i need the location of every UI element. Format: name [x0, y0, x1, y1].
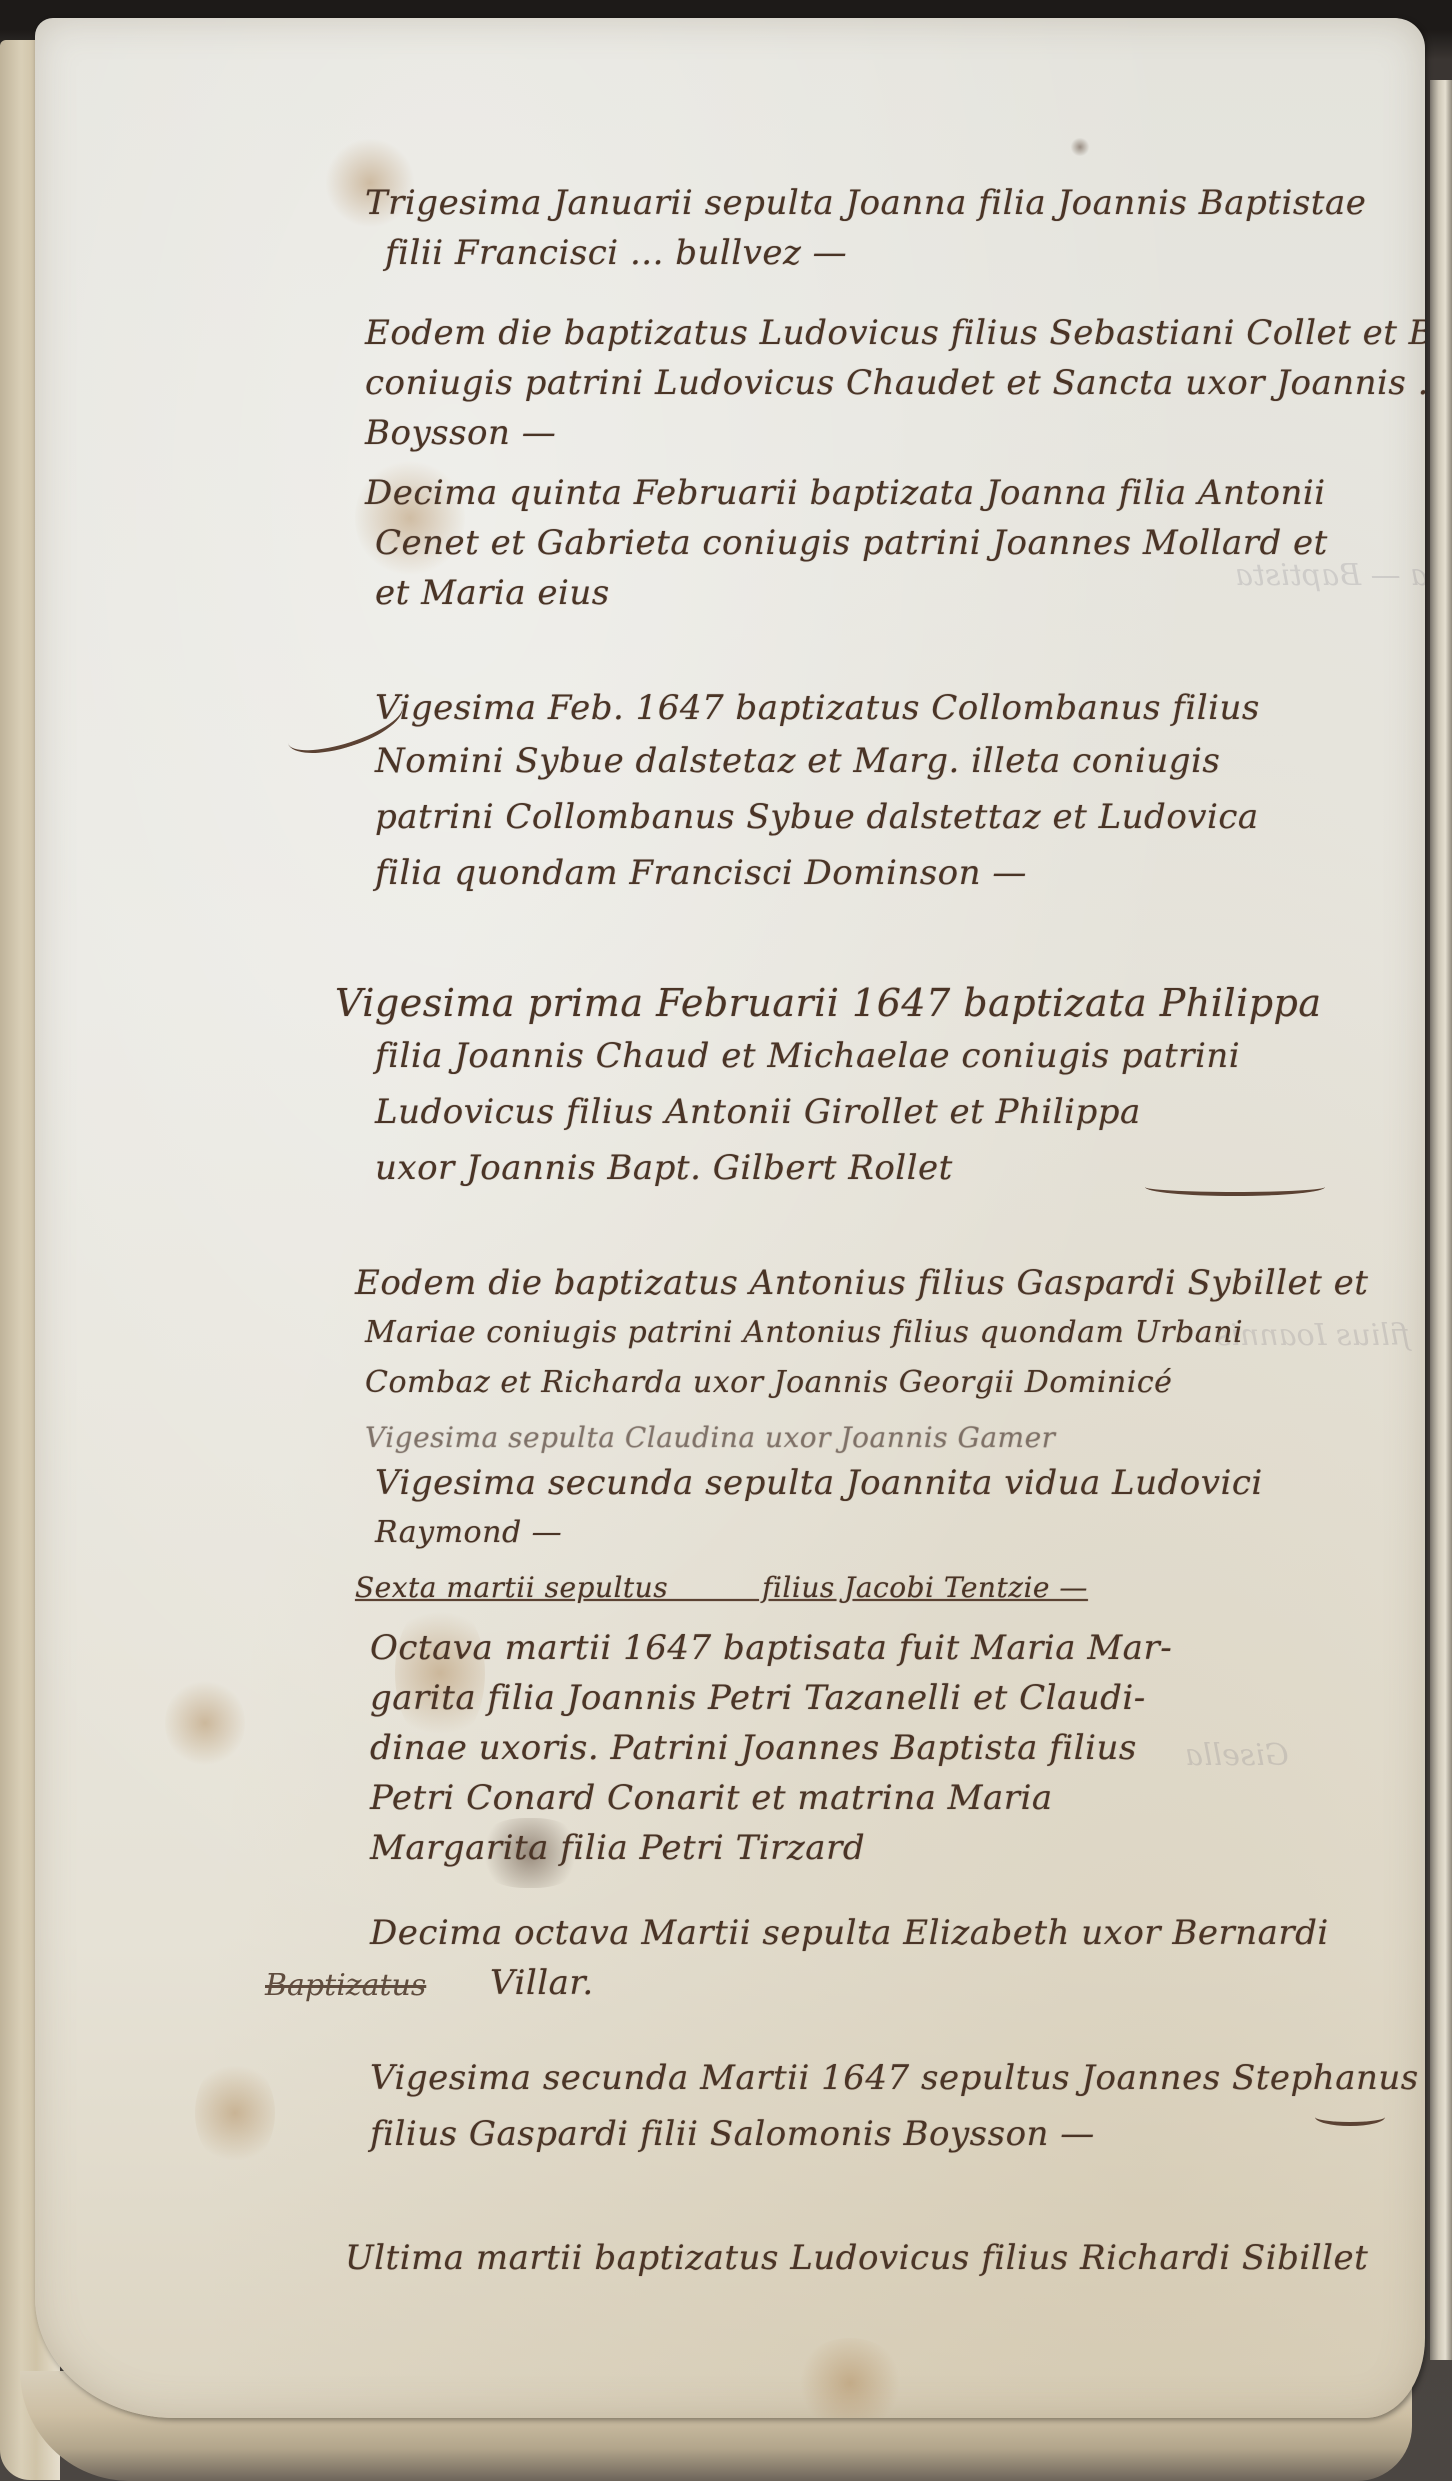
entry-line: Decima quinta Februarii baptizata Joanna…	[365, 468, 1425, 518]
struck-word-text: Baptizatus	[265, 1968, 426, 2003]
entry-line: Eodem die baptizatus Ludovicus filius Se…	[365, 308, 1425, 358]
entry-burial: Vigesima secunda sepulta Joannita vidua …	[375, 1458, 1425, 1558]
entry-line: filia quondam Francisci Dominson —	[375, 845, 1425, 901]
entry-line: Raymond —	[375, 1508, 1425, 1558]
entry-baptism: Ultima martii baptizatus Ludovicus filiu…	[345, 2233, 1405, 2283]
entry-line: dinae uxoris. Patrini Joannes Baptista f…	[370, 1723, 1425, 1773]
entry-burial: Sexta martii sepultus filius Jacobi Tent…	[355, 1563, 1415, 1613]
register-entries: Trigesima Januarii sepulta Joanna filia …	[35, 18, 1425, 2418]
entry-line: Vigesima prima Februarii 1647 baptizata …	[335, 978, 1395, 1028]
entry-line: Cenet et Gabrieta coniugis patrini Joann…	[365, 518, 1425, 568]
entry-line: Eodem die baptizatus Antonius filius Gas…	[355, 1258, 1415, 1308]
entry-line: filia Joannis Chaud et Michaelae coniugi…	[335, 1028, 1395, 1084]
entry-line: Ultima martii baptizatus Ludovicus filiu…	[345, 2233, 1405, 2283]
entry-line: Trigesima Januarii sepulta Joanna filia …	[365, 178, 1425, 228]
entry-line: Villar.	[370, 1958, 1425, 2008]
entry-line: Petri Conard Conarit et matrina Maria	[370, 1773, 1425, 1823]
entry-burial: Trigesima Januarii sepulta Joanna filia …	[365, 178, 1425, 278]
entry-line: Sexta martii sepultus filius Jacobi Tent…	[355, 1563, 1415, 1613]
struck-margin-word: Baptizatus	[265, 1968, 426, 2003]
entry-line: Nomini Sybue dalstetaz et Marg. illeta c…	[375, 733, 1425, 789]
entry-line: Boysson —	[365, 408, 1425, 458]
entry-line-faint: Vigesima sepulta Claudina uxor Joannis G…	[365, 1413, 1425, 1463]
manuscript-page: Maria — Baptista filius Ioannis Gisella …	[35, 18, 1425, 2418]
entry-burial: Vigesima secunda Martii 1647 sepultus Jo…	[370, 2053, 1425, 2165]
entry-baptism: Eodem die baptizatus Ludovicus filius Se…	[365, 308, 1425, 458]
entry-line: Combaz et Richarda uxor Joannis Georgii …	[355, 1358, 1415, 1408]
entry-baptism: Octava martii 1647 baptisata fuit Maria …	[370, 1623, 1425, 1873]
entry-baptism: Vigesima Feb. 1647 baptizatus Collombanu…	[375, 683, 1425, 901]
entry-line: Vigesima secunda sepulta Joannita vidua …	[375, 1458, 1425, 1508]
entry-line: Vigesima Feb. 1647 baptizatus Collombanu…	[375, 683, 1425, 733]
entry-baptism: Vigesima prima Februarii 1647 baptizata …	[335, 978, 1395, 1196]
entry-line: coniugis patrini Ludovicus Chaudet et Sa…	[365, 358, 1425, 408]
entry-burial: Decima octava Martii sepulta Elizabeth u…	[370, 1908, 1425, 2008]
entry-baptism: Eodem die baptizatus Antonius filius Gas…	[355, 1258, 1415, 1408]
entry-line: Vigesima secunda Martii 1647 sepultus Jo…	[370, 2053, 1425, 2103]
entry-line: Decima octava Martii sepulta Elizabeth u…	[370, 1908, 1425, 1958]
entry-baptism: Decima quinta Februarii baptizata Joanna…	[365, 468, 1425, 618]
entry-line: garita filia Joannis Petri Tazanelli et …	[370, 1673, 1425, 1723]
line-end-flourish	[1315, 2108, 1385, 2126]
entry-line: Ludovicus filius Antonii Girollet et Phi…	[335, 1084, 1395, 1140]
entry-line: filius Gaspardi filii Salomonis Boysson …	[370, 2103, 1425, 2165]
entry-line: Mariae coniugis patrini Antonius filius …	[355, 1308, 1415, 1358]
underline-stroke	[1145, 1178, 1325, 1196]
photo-scene: Maria — Baptista filius Ioannis Gisella …	[0, 0, 1452, 2481]
page-stack-edge	[1430, 80, 1452, 2360]
entry-line: et Maria eius	[365, 568, 1425, 618]
entry-struck: Vigesima sepulta Claudina uxor Joannis G…	[365, 1413, 1425, 1463]
entry-line: patrini Collombanus Sybue dalstettaz et …	[375, 789, 1425, 845]
entry-line: filii Francisci ... bullvez —	[365, 228, 1425, 278]
entry-line: Octava martii 1647 baptisata fuit Maria …	[370, 1623, 1425, 1673]
entry-line: Margarita filia Petri Tirzard	[370, 1823, 1425, 1873]
